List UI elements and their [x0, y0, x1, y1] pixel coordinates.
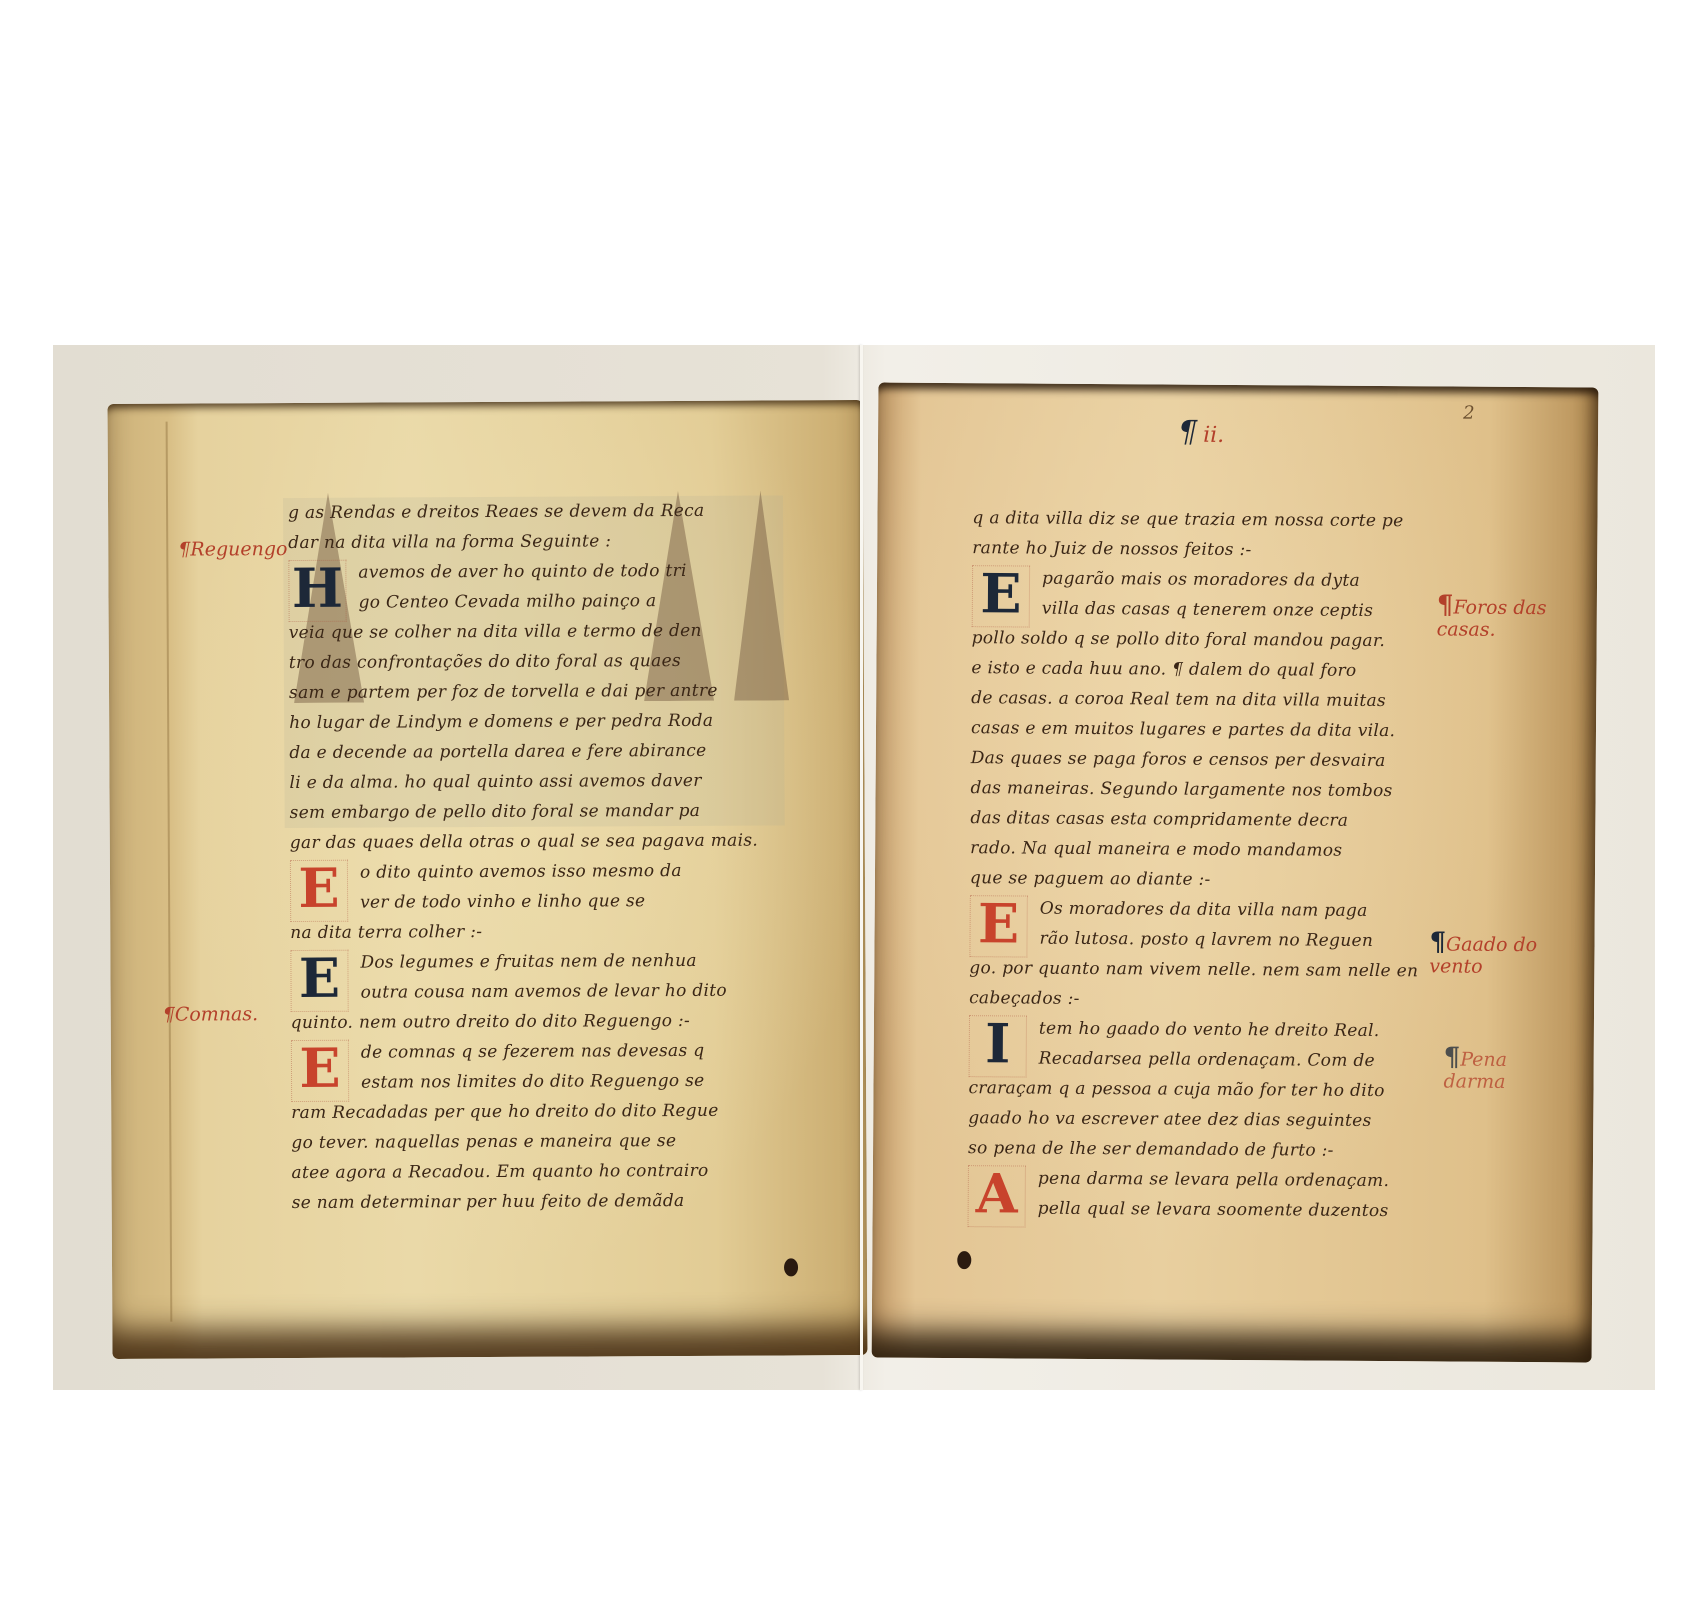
- text-line: o dito quinto avemos isso mesmo da: [290, 856, 758, 888]
- worm-hole: [957, 1251, 971, 1269]
- text-line: de casas. a coroa Real tem na dita villa…: [971, 683, 1420, 716]
- left-text-block: g as Rendas e dreitos Reaes se devem da …: [288, 496, 760, 1218]
- text-line: atee agora a Recadou. Em quanto ho contr…: [291, 1156, 759, 1188]
- book-gutter: [860, 345, 863, 1390]
- text-line: na dita terra colher :-: [290, 916, 758, 948]
- text-line: da e decende aa portella darea e fere ab…: [289, 736, 757, 768]
- text-line: avemos de aver ho quinto de todo tri: [288, 556, 756, 588]
- text-line: ver de todo vinho e linho que se: [290, 886, 758, 918]
- text-line: Das quaes se paga foros e censos per des…: [971, 743, 1420, 776]
- text-line: rado. Na qual maneira e modo mandamos: [970, 833, 1419, 866]
- paragraph: E Os moradores da dita villa nam paga rã…: [969, 893, 1419, 1016]
- text-line: gar das quaes della otras o qual se sea …: [290, 826, 758, 858]
- right-page: 2 ¶ii. ¶Foros das casas. ¶Gaado do vento…: [872, 382, 1599, 1362]
- text-line: das ditas casas esta compridamente decra: [970, 803, 1419, 836]
- margin-note-comnas: ¶Comnas.: [163, 1003, 259, 1025]
- text-line: quinto. nem outro dreito do dito Regueng…: [291, 1006, 759, 1038]
- pilcrow-icon: ¶: [1178, 415, 1197, 450]
- text-line: pella qual se levara soomente duzentos: [968, 1193, 1417, 1226]
- folio-number: 2: [1463, 403, 1475, 424]
- illuminated-initial: H: [288, 560, 346, 622]
- text-line: go. por quanto nam vivem nelle. nem sam …: [969, 953, 1418, 986]
- illuminated-initial: E: [290, 950, 348, 1012]
- text-line: so pena de lhe ser demandado de furto :-: [968, 1133, 1417, 1166]
- worm-hole: [784, 1258, 798, 1276]
- right-text-block: q a dita villa diz se que trazia em noss…: [968, 503, 1422, 1226]
- text-line: Recadarsea pella ordenaçam. Com de: [969, 1043, 1418, 1076]
- text-line: de comnas q se fezerem nas devesas q: [291, 1036, 759, 1068]
- text-line: pagarão mais os moradores da dyta: [972, 563, 1421, 596]
- text-line: sem embargo de pello dito foral se manda…: [290, 796, 758, 828]
- page-fold-line: [166, 422, 173, 1322]
- text-line: q a dita villa diz se que trazia em noss…: [972, 503, 1421, 536]
- text-line: outra cousa nam avemos de levar ho dito: [291, 976, 759, 1008]
- illuminated-initial: A: [968, 1165, 1026, 1227]
- text-line: das maneiras. Segundo largamente nos tom…: [970, 773, 1419, 806]
- paragraph: I tem ho gaado do vento he dreito Real. …: [968, 1013, 1418, 1166]
- text-line: g as Rendas e dreitos Reaes se devem da …: [288, 496, 756, 528]
- text-line: rante ho Juiz de nossos feitos :-: [972, 533, 1421, 566]
- margin-note-pena: ¶Pena darma: [1443, 1046, 1563, 1093]
- text-line: pena darma se levara pella ordenaçam.: [968, 1163, 1417, 1196]
- text-line: dar na dita villa na forma Seguinte :: [288, 526, 756, 558]
- illuminated-initial: E: [969, 895, 1027, 957]
- paragraph: A pena darma se levara pella ordenaçam. …: [968, 1163, 1417, 1226]
- illuminated-initial: E: [972, 565, 1030, 627]
- text-line: rão lutosa. posto q lavrem no Reguen: [969, 923, 1418, 956]
- text-line: pollo soldo q se pollo dito foral mandou…: [972, 623, 1421, 656]
- text-line: go tever. naquellas penas e maneira que …: [291, 1126, 759, 1158]
- paragraph: H avemos de aver ho quinto de todo tri g…: [288, 556, 758, 858]
- text-line: gaado ho va escrever atee dez dias segui…: [968, 1103, 1417, 1136]
- text-line: cabeçados :-: [969, 983, 1418, 1016]
- text-line: ho lugar de Lindym e domens e per pedra …: [289, 706, 757, 738]
- illuminated-initial: E: [291, 1040, 349, 1102]
- text-line: villa das casas q tenerem onze ceptis: [972, 593, 1421, 626]
- illuminated-initial: E: [290, 860, 348, 922]
- paragraph: E o dito quinto avemos isso mesmo da ver…: [290, 856, 759, 948]
- paragraph: E de comnas q se fezerem nas devesas q e…: [291, 1036, 760, 1218]
- text-line: go Centeo Cevada milho painço a: [288, 586, 756, 618]
- illuminated-initial: I: [969, 1015, 1027, 1077]
- text-line: craraçam q a pessoa a cuja mão for ter h…: [968, 1073, 1417, 1106]
- text-line: li e da alma. ho qual quinto assi avemos…: [289, 766, 757, 798]
- margin-note-reguengo: ¶Reguengo: [178, 538, 287, 561]
- text-line: e isto e cada huu ano. ¶ dalem do qual f…: [971, 653, 1420, 686]
- text-line: casas e em muitos lugares e partes da di…: [971, 713, 1420, 746]
- margin-note-gaado: ¶Gaado do vento: [1429, 931, 1559, 978]
- chapter-number: ii.: [1203, 423, 1224, 448]
- paragraph: E pagarão mais os moradores da dyta vill…: [970, 563, 1421, 896]
- text-line: sam e partem per foz de torvella e dai p…: [289, 676, 757, 708]
- text-line: que se paguem ao diante :-: [970, 863, 1419, 896]
- text-line: estam nos limites do dito Reguengo se: [291, 1066, 759, 1098]
- chapter-mark: ¶ii.: [1178, 415, 1224, 450]
- text-line: tro das confrontações do dito foral as q…: [289, 646, 757, 678]
- paragraph: E Dos legumes e fruitas nem de nenhua ou…: [290, 946, 759, 1038]
- text-line: Os moradores da dita villa nam paga: [970, 893, 1419, 926]
- text-line: Dos legumes e fruitas nem de nenhua: [290, 946, 758, 978]
- text-line: veia que se colher na dita villa e termo…: [289, 616, 757, 648]
- margin-note-foros: ¶Foros das casas.: [1437, 594, 1567, 641]
- text-line: ram Recadadas per que ho dreito do dito …: [291, 1096, 759, 1128]
- text-line: tem ho gaado do vento he dreito Real.: [969, 1013, 1418, 1046]
- left-page: ¶Reguengo ¶Comnas. g as Rendas e dreitos…: [108, 400, 868, 1359]
- text-line: se nam determinar per huu feito de demãd…: [292, 1186, 760, 1218]
